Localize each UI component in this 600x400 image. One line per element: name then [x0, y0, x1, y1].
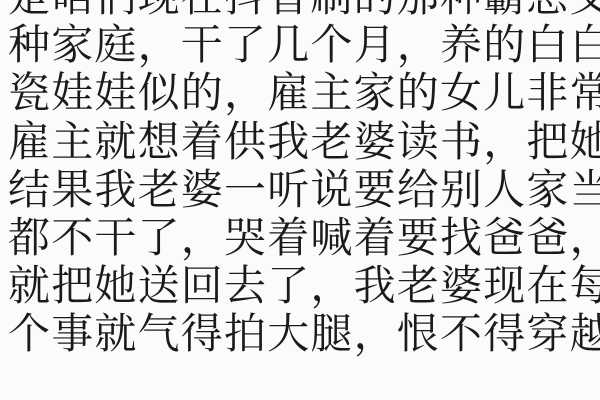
- text-line-1: 是咱们现在抖音刷的那种霸总文里面的那: [8, 0, 600, 21]
- text-line-4: 雇主就想着供我老婆读书，把她当女儿收养，: [8, 118, 600, 166]
- text-line-7: 就把她送回去了，我老婆现在每次一说到这: [8, 262, 600, 310]
- text-line-5: 结果我老婆一听说要给别人家当女儿，保姆: [8, 166, 600, 214]
- text-line-8: 个事就气得拍大腿，恨不得穿越回去掐死当: [8, 310, 600, 358]
- text-line-3: 瓷娃娃似的，雇主家的女儿非常喜欢我老婆，: [8, 69, 600, 117]
- text-line-6: 都不干了，哭着喊着要找爸爸，雇主没办法: [8, 214, 600, 262]
- text-line-2: 种家庭，干了几个月，养的白白嫩嫩，像个: [8, 21, 600, 69]
- story-text-block: 是咱们现在抖音刷的那种霸总文里面的那 种家庭，干了几个月，养的白白嫩嫩，像个 瓷…: [8, 0, 600, 359]
